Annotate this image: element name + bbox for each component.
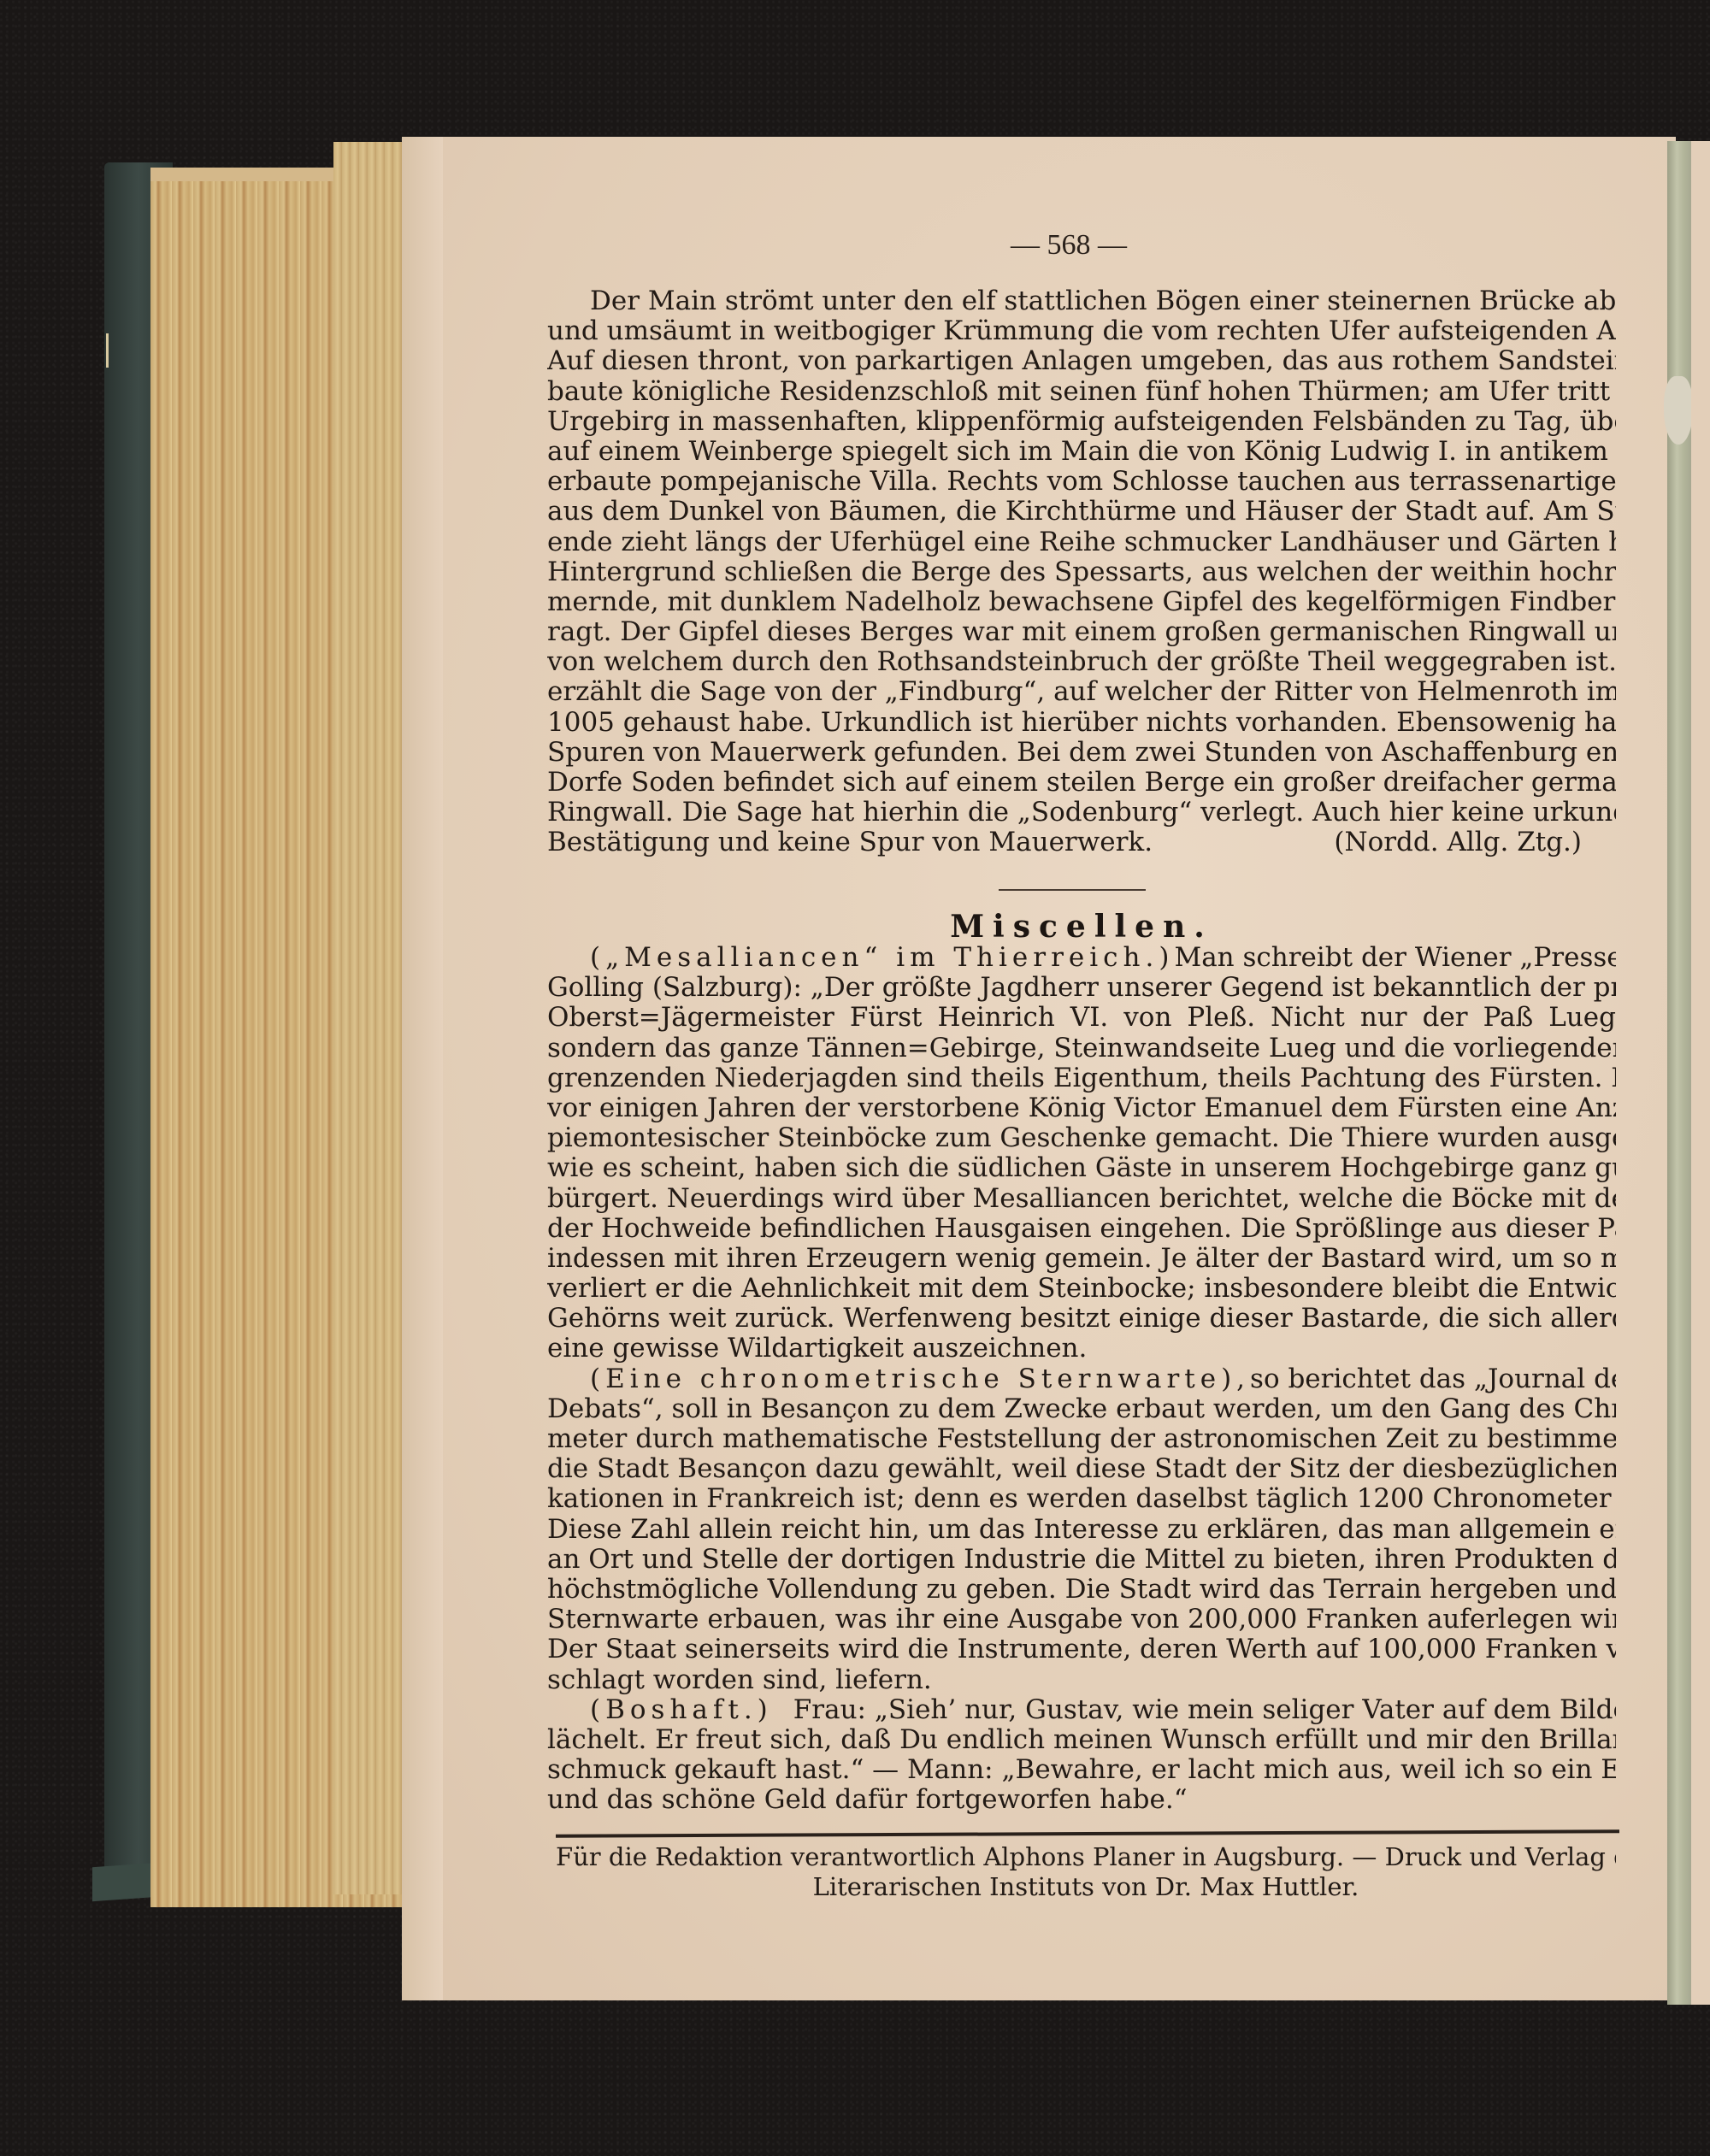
text-line: kationen in Frankreich ist; denn es werd… (547, 1484, 1616, 1514)
article-closing-line: Bestätigung und keine Spur von Mauerwerk… (547, 828, 1616, 857)
section-divider (999, 889, 1146, 891)
miscellen-section: („Mesalliancen“ im Thierreich.) Man schr… (547, 943, 1616, 1815)
text-line: erzählt die Sage von der „Findburg“, auf… (547, 677, 1616, 707)
imprint-line-1: Für die Redaktion verantwortlich Alphons… (556, 1842, 1616, 1872)
text-line: Der Staat seinerseits wird die Instrumen… (547, 1635, 1616, 1664)
text-line: aus dem Dunkel von Bäumen, die Kirchthür… (547, 497, 1616, 527)
item-sternwarte-first-line: (Eine chronometrische Sternwarte), so be… (547, 1364, 1616, 1394)
binding-tear (1664, 376, 1693, 445)
text-line: Oberst=Jägermeister Fürst Heinrich VI. v… (547, 1003, 1616, 1033)
text-line: 1005 gehaust habe. Urkundlich ist hierüb… (547, 708, 1616, 738)
text-line: baute königliche Residenzschloß mit sein… (547, 377, 1616, 407)
text-line: Dorfe Soden befindet sich auf einem stei… (547, 768, 1616, 798)
text-line: so berichtet das „Journal des (1250, 1364, 1616, 1394)
text-line: indessen mit ihren Erzeugern wenig gemei… (547, 1244, 1616, 1274)
article-main: Der Main strömt unter den elf stattliche… (547, 286, 1616, 858)
item-title: (Boshaft.) (590, 1695, 773, 1725)
text-line: eine gewisse Wildartigkeit auszeichnen. (547, 1334, 1616, 1364)
item-mesalliancen-first-line: („Mesalliancen“ im Thierreich.) Man schr… (547, 943, 1616, 973)
section-heading: Miscellen. (547, 909, 1616, 945)
text-line: sondern das ganze Tännen=Gebirge, Steinw… (547, 1034, 1616, 1063)
text-line: Diese Zahl allein reicht hin, um das Int… (547, 1515, 1616, 1545)
imprint-footer: Für die Redaktion verantwortlich Alphons… (556, 1842, 1616, 1902)
item-title: (Eine chronometrische Sternwarte), (590, 1364, 1250, 1394)
text-line: bürgert. Neuerdings wird über Mesallianc… (547, 1184, 1616, 1214)
text-line: höchstmögliche Vollendung zu geben. Die … (547, 1575, 1616, 1605)
text-line: die Stadt Besançon dazu gewählt, weil di… (547, 1454, 1616, 1484)
text-line: lächelt. Er freut sich, daß Du endlich m… (547, 1725, 1616, 1755)
page-number: — 568 — (992, 229, 1146, 262)
text-line: wie es scheint, haben sich die südlichen… (547, 1153, 1616, 1183)
text-line: schmuck gekauft hast.“ — Mann: „Bewahre,… (547, 1755, 1616, 1785)
text-line: und das schöne Geld dafür fortgeworfen h… (547, 1785, 1616, 1815)
text-line: Urgebirg in massenhaften, klippenförmig … (547, 407, 1616, 437)
text-line: Hintergrund schließen die Berge des Spes… (547, 557, 1616, 587)
text-line: Ringwall. Die Sage hat hierhin die „Sode… (547, 798, 1616, 828)
item-boshaft-first-line: (Boshaft.) Frau: „Sieh’ nur, Gustav, wie… (547, 1695, 1616, 1725)
page-fold-shadow (402, 137, 443, 2000)
text-line: der Hochweide befindlichen Hausgaisen ei… (547, 1214, 1616, 1244)
text-line: piemontesischer Steinböcke zum Geschenke… (547, 1123, 1616, 1153)
text-line: Sternwarte erbauen, was ihr eine Ausgabe… (547, 1605, 1616, 1635)
text-line: und umsäumt in weitbogiger Krümmung die … (547, 316, 1616, 346)
cover-corner-label (106, 333, 139, 368)
item-title: („Mesalliancen“ im Thierreich.) (590, 943, 1174, 973)
text-line: Spuren von Mauerwerk gefunden. Bei dem z… (547, 738, 1616, 768)
page-stack-step (333, 142, 410, 1894)
text-line: Frau: „Sieh’ nur, Gustav, wie mein selig… (793, 1695, 1616, 1725)
text-line: vor einigen Jahren der verstorbene König… (547, 1093, 1616, 1123)
text-line: Man schreibt der Wiener „Presse“ aus (1174, 943, 1616, 973)
text-line: Debats“, soll in Besançon zu dem Zwecke … (547, 1394, 1616, 1424)
text-line: Der Main strömt unter den elf stattliche… (547, 286, 1616, 316)
text-line: Gehörns weit zurück. Werfenweng besitzt … (547, 1304, 1616, 1334)
text-line: grenzenden Niederjagden sind theils Eige… (547, 1063, 1616, 1093)
facing-page-edge (1691, 141, 1710, 2005)
text-line: auf einem Weinberge spiegelt sich im Mai… (547, 437, 1616, 467)
text-line: erbaute pompejanische Villa. Rechts vom … (547, 467, 1616, 497)
article-source: (Nordd. Allg. Ztg.) (1334, 828, 1616, 857)
text-line: verliert er die Aehnlichkeit mit dem Ste… (547, 1274, 1616, 1304)
text-line: ende zieht längs der Uferhügel eine Reih… (547, 527, 1616, 557)
text-line: an Ort und Stelle der dortigen Industrie… (547, 1545, 1616, 1575)
text-line: meter durch mathematische Feststellung d… (547, 1424, 1616, 1454)
text-line: Auf diesen thront, von parkartigen Anlag… (547, 346, 1616, 376)
text-line: Bestätigung und keine Spur von Mauerwerk… (547, 828, 1153, 857)
imprint-line-2: Literarischen Instituts von Dr. Max Hutt… (556, 1872, 1616, 1902)
text-line: Golling (Salzburg): „Der größte Jagdherr… (547, 973, 1616, 1003)
text-line: schlagt worden sind, liefern. (547, 1665, 1616, 1695)
text-line: ragt. Der Gipfel dieses Berges war mit e… (547, 617, 1616, 647)
text-line: von welchem durch den Rothsandsteinbruch… (547, 647, 1616, 677)
text-line: mernde, mit dunklem Nadelholz bewachsene… (547, 587, 1616, 617)
